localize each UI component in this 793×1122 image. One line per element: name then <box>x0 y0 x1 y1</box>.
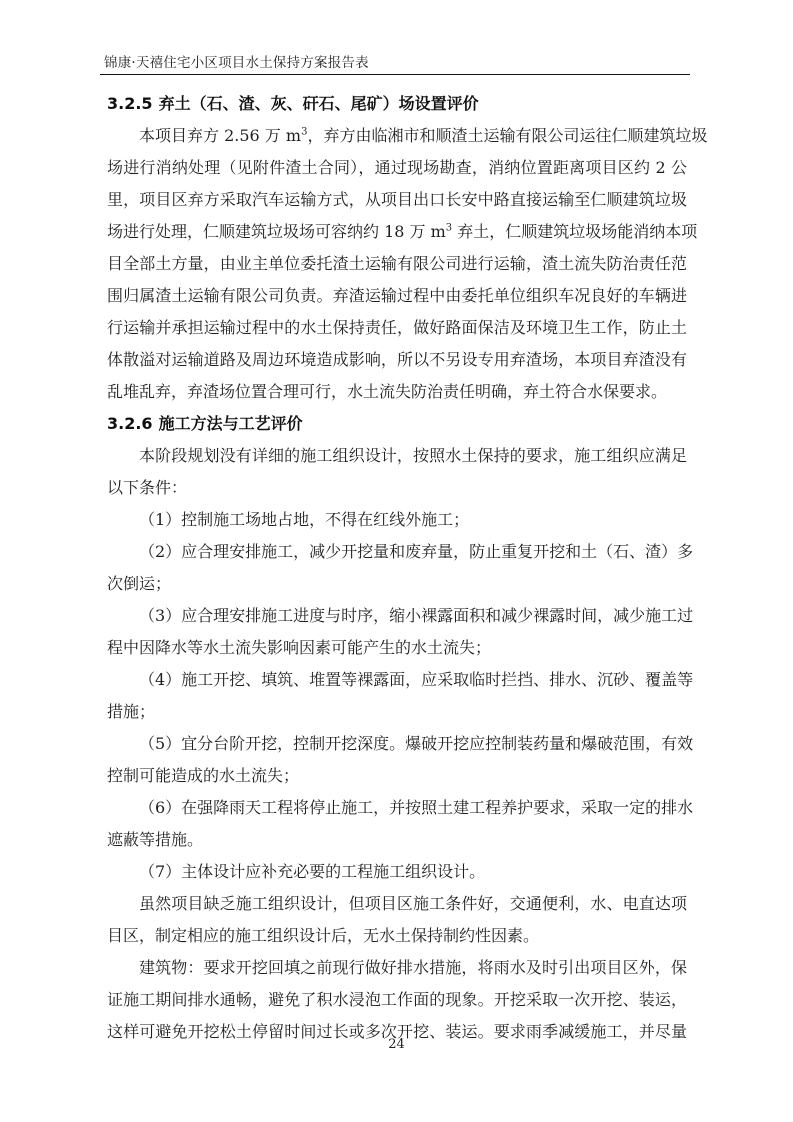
paragraph-line: 以下条件： <box>107 478 687 510</box>
section-heading-3-2-6: 3.2.6施工方法与工艺评价 <box>107 414 687 446</box>
list-item-4-cont: 措施； <box>107 702 687 734</box>
list-item-1: （1）控制施工场地占地，不得在红线外施工； <box>107 510 687 542</box>
paragraph-line: 里，项目区弃方采取汽车运输方式，从项目出口长安中路直接运输至仁顺建筑垃圾 <box>107 190 687 222</box>
section-number: 3.2.6 <box>107 414 153 433</box>
paragraph-line: 目全部土方量，由业主单位委托渣土运输有限公司进行运输，渣土流失防治责任范 <box>107 254 687 286</box>
page-header: 锦康·天禧住宅小区项目水土保持方案报告表 <box>100 54 690 75</box>
text-span: 弃土，仁顺建筑垃圾场能消纳本项 <box>452 222 697 241</box>
list-item-3: （3）应合理安排施工进度与时序，缩小裸露面积和减少裸露时间，减少施工过 <box>107 606 687 638</box>
paragraph-line: 建筑物：要求开挖回填之前现行做好排水措施，将雨水及时引出项目区外，保 <box>107 958 687 990</box>
paragraph-line: 乱堆乱弃，弃渣场位置合理可行，水土流失防治责任明确，弃土符合水保要求。 <box>107 382 687 414</box>
list-item-2-cont: 次倒运； <box>107 574 687 606</box>
paragraph-line: 虽然项目缺乏施工组织设计，但项目区施工条件好，交通便利，水、电直达项 <box>107 894 687 926</box>
list-item-3-cont: 程中因降水等水土流失影响因素可能产生的水土流失； <box>107 638 687 670</box>
section-number: 3.2.5 <box>107 94 153 113</box>
list-item-5: （5）宜分台阶开挖，控制开挖深度。爆破开挖应控制装药量和爆破范围，有效 <box>107 734 687 766</box>
text-span: 本项目弃方 2.56 万 m <box>139 126 301 145</box>
paragraph-line: 体散溢对运输道路及周边环境造成影响，所以不另设专用弃渣场，本项目弃渣没有 <box>107 350 687 382</box>
paragraph-line: 证施工期间排水通畅，避免了积水浸泡工作面的现象。开挖采取一次开挖、装运， <box>107 990 687 1022</box>
paragraph-line: 行运输并承担运输过程中的水土保持责任，做好路面保洁及环境卫生工作，防止土 <box>107 318 687 350</box>
document-title: 锦康·天禧住宅小区项目水土保持方案报告表 <box>100 54 690 72</box>
section-title: 施工方法与工艺评价 <box>159 414 303 433</box>
paragraph-line: 本项目弃方 2.56 万 m3，弃方由临湘市和顺渣土运输有限公司运往仁顺建筑垃圾 <box>107 126 687 158</box>
header-divider <box>100 74 690 75</box>
paragraph-line: 目区，制定相应的施工组织设计后，无水土保持制约性因素。 <box>107 926 687 958</box>
section-title: 弃土（石、渣、灰、矸石、尾矿）场设置评价 <box>159 94 479 113</box>
list-item-7: （7）主体设计应补充必要的工程施工组织设计。 <box>107 862 687 894</box>
page-body: 3.2.5弃土（石、渣、灰、矸石、尾矿）场设置评价 本项目弃方 2.56 万 m… <box>107 94 687 1054</box>
list-item-6: （6）在强降雨天工程将停止施工，并按照土建工程养护要求，采取一定的排水 <box>107 798 687 830</box>
section-heading-3-2-5: 3.2.5弃土（石、渣、灰、矸石、尾矿）场设置评价 <box>107 94 687 126</box>
list-item-5-cont: 控制可能造成的水土流失； <box>107 766 687 798</box>
list-item-4: （4）施工开挖、填筑、堆置等裸露面，应采取临时拦挡、排水、沉砂、覆盖等 <box>107 670 687 702</box>
list-item-2: （2）应合理安排施工，减少开挖量和废弃量，防止重复开挖和土（石、渣）多 <box>107 542 687 574</box>
text-span: ，弃方由临湘市和顺渣土运输有限公司运往仁顺建筑垃圾 <box>307 126 707 145</box>
text-span: 场进行处理，仁顺建筑垃圾场可容纳约 18 万 m <box>107 222 446 241</box>
paragraph-line: 场进行处理，仁顺建筑垃圾场可容纳约 18 万 m3 弃土，仁顺建筑垃圾场能消纳本… <box>107 222 687 254</box>
page-number: 24 <box>0 1037 793 1052</box>
paragraph-line: 围归属渣土运输有限公司负责。弃渣运输过程中由委托单位组织车况良好的车辆进 <box>107 286 687 318</box>
list-item-6-cont: 遮蔽等措施。 <box>107 830 687 862</box>
paragraph-line: 本阶段规划没有详细的施工组织设计，按照水土保持的要求，施工组织应满足 <box>107 446 687 478</box>
paragraph-line: 场进行消纳处理（见附件渣土合同），通过现场勘查，消纳位置距离项目区约 2 公 <box>107 158 687 190</box>
